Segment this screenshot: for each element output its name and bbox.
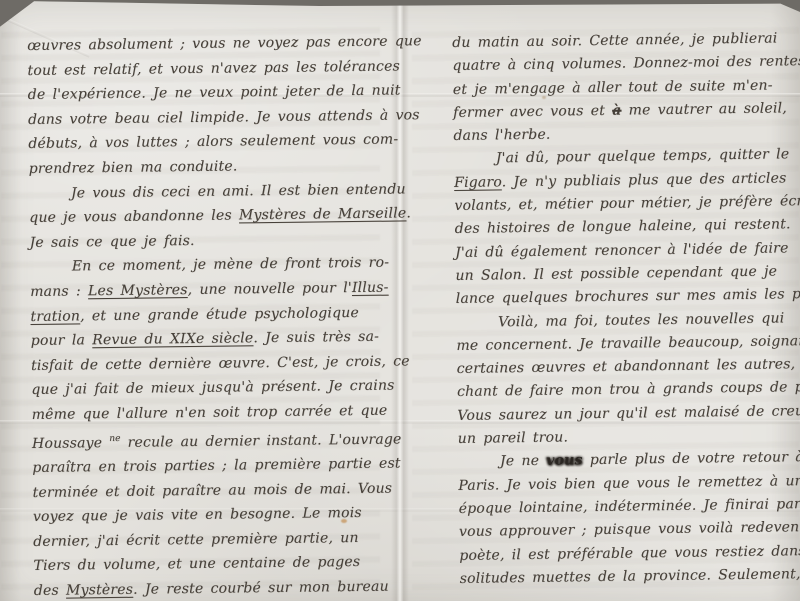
- manuscript-segment: de l'expérience. Je ne veux point jeter …: [28, 83, 401, 104]
- manuscript-segment-u: Les Mystères: [88, 282, 188, 299]
- manuscript-segment-sup: ne: [109, 433, 120, 443]
- manuscript-segment: et je m'engage à aller tout de suite m'e…: [453, 77, 773, 97]
- manuscript-segment-u: Revue du XIXe siècle: [92, 330, 253, 348]
- manuscript-segment: Je sais ce que je fais.: [29, 233, 194, 251]
- manuscript-segment: dans votre beau ciel limpide. Je vous at…: [28, 107, 420, 128]
- manuscript-segment: poète, il est préférable que vous restie…: [459, 542, 800, 563]
- manuscript-scan: œuvres absolument ; vous ne voyez pas en…: [0, 0, 800, 601]
- manuscript-segment: .: [406, 205, 411, 221]
- manuscript-segment: me concernent. Je travaille beaucoup, so…: [456, 333, 800, 354]
- manuscript-segment: des histoires de longue haleine, qui res…: [455, 217, 791, 238]
- manuscript-segment: J'ai dû, pour quelque temps, quitter le: [496, 147, 790, 167]
- manuscript-segment-u: Figaro: [454, 174, 502, 191]
- manuscript-segment: Vous saurez un jour qu'il est malaisé de…: [457, 403, 800, 424]
- manuscript-segment: un pareil trou.: [458, 429, 569, 447]
- manuscript-segment: Houssaye: [32, 435, 110, 452]
- manuscript-segment: tisfait de cette dernière œuvre. C'est, …: [31, 353, 410, 374]
- manuscript-line: débuts, à vos luttes ; alors seulement v…: [28, 128, 400, 157]
- manuscript-segment: mans :: [30, 283, 88, 300]
- manuscript-segment: Paris. Je vois bien que vous le remettez…: [458, 473, 800, 494]
- manuscript-segment-blot: vous: [546, 453, 583, 470]
- manuscript-segment: époque lointaine, indéterminée. Je finir…: [459, 496, 800, 517]
- manuscript-segment: même que l'allure n'en soit trop carrée …: [32, 403, 388, 423]
- manuscript-segment: En ce moment, je mène de front trois ro-: [72, 255, 389, 275]
- letter-page-right: du matin au soir. Cette année, je publie…: [452, 27, 800, 591]
- manuscript-segment: du matin au soir. Cette année, je publie…: [452, 30, 777, 51]
- manuscript-segment: . Je suis très sa-: [253, 329, 379, 347]
- manuscript-segment: que je vous abandonne les: [29, 208, 239, 227]
- manuscript-segment: Tiers du volume, et une centaine de page…: [33, 554, 360, 574]
- letter-page-left: œuvres absolument ; vous ne voyez pas en…: [27, 29, 406, 601]
- manuscript-line: des Mystères. Je reste courbé sur mon bu…: [34, 574, 406, 601]
- manuscript-segment-u: Illus-: [352, 280, 389, 296]
- manuscript-segment: dans l'herbe.: [453, 127, 550, 144]
- manuscript-segment: recule au dernier instant. L'ouvrage: [120, 431, 401, 450]
- manuscript-segment: des: [34, 583, 66, 599]
- manuscript-segment-u: Mystères: [66, 582, 133, 599]
- manuscript-segment: dernier, j'ai écrit cette première parti…: [33, 530, 359, 550]
- manuscript-segment: solitudes muettes de la province. Seulem…: [460, 566, 800, 587]
- manuscript-segment: débuts, à vos luttes ; alors seulement v…: [28, 132, 398, 153]
- manuscript-line: solitudes muettes de la province. Seulem…: [459, 562, 800, 591]
- manuscript-segment: terminée et doit paraître au mois de mai…: [33, 480, 393, 500]
- manuscript-segment: tout est relatif, et vous n'avez pas les…: [27, 58, 400, 79]
- manuscript-segment: certaines œuvres et abandonnant les autr…: [457, 356, 800, 377]
- manuscript-segment: lance quelques brochures sur mes amis le…: [456, 286, 800, 308]
- manuscript-segment: prendrez bien ma conduite.: [29, 158, 238, 177]
- manuscript-segment: Je ne: [500, 453, 547, 470]
- manuscript-line: Houssaye ne recule au dernier instant. L…: [32, 423, 404, 456]
- manuscript-segment: voyez que je vais vite en besogne. Le mo…: [33, 505, 362, 525]
- manuscript-segment: , une nouvelle pour l': [188, 280, 352, 298]
- manuscript-segment: me vautrer au soleil,: [621, 100, 787, 118]
- manuscript-segment: Voilà, ma foi, toutes les nouvelles qui: [498, 310, 785, 330]
- manuscript-segment: , et une grande étude psychologique: [80, 304, 359, 323]
- manuscript-segment: pour la: [31, 332, 93, 349]
- manuscript-segment: Je vous dis ceci en ami. Il est bien ent…: [71, 181, 406, 201]
- manuscript-line: fermer avec vous et à me vautrer au sole…: [453, 97, 800, 126]
- manuscript-segment: . Je reste courbé sur mon bureau: [133, 579, 389, 598]
- manuscript-segment: paraîtra en trois parties ; la première …: [32, 456, 401, 476]
- manuscript-segment: vous approuver ; puisque vous voilà rede…: [459, 519, 800, 540]
- manuscript-segment: fermer avec vous et: [453, 103, 612, 121]
- manuscript-segment: que j'ai fait de mieux jusqu'à présent. …: [31, 378, 394, 398]
- manuscript-segment: J'ai dû également renoncer à l'idée de f…: [455, 240, 789, 261]
- manuscript-segment: . Je n'y publiais plus que des articles: [502, 170, 787, 190]
- manuscript-segment: œuvres absolument ; vous ne voyez pas en…: [27, 33, 422, 54]
- manuscript-segment: chant de faire mon trou à grands coups d…: [457, 379, 800, 400]
- manuscript-segment: quatre à cinq volumes. Donnez-moi des re…: [452, 53, 800, 74]
- manuscript-line: que je vous abandonne les Mystères de Ma…: [29, 202, 401, 231]
- manuscript-line: Vous saurez un jour qu'il est malaisé de…: [457, 399, 800, 428]
- manuscript-segment-u: tration: [30, 308, 80, 325]
- manuscript-segment: parle plus de votre retour à: [583, 449, 800, 468]
- manuscript-segment: un Salon. Il est possible cependant que …: [455, 263, 777, 283]
- manuscript-segment-u: Mystères de Marseille: [239, 206, 407, 224]
- manuscript-segment: volants, et, métier pour métier, je préf…: [454, 193, 800, 214]
